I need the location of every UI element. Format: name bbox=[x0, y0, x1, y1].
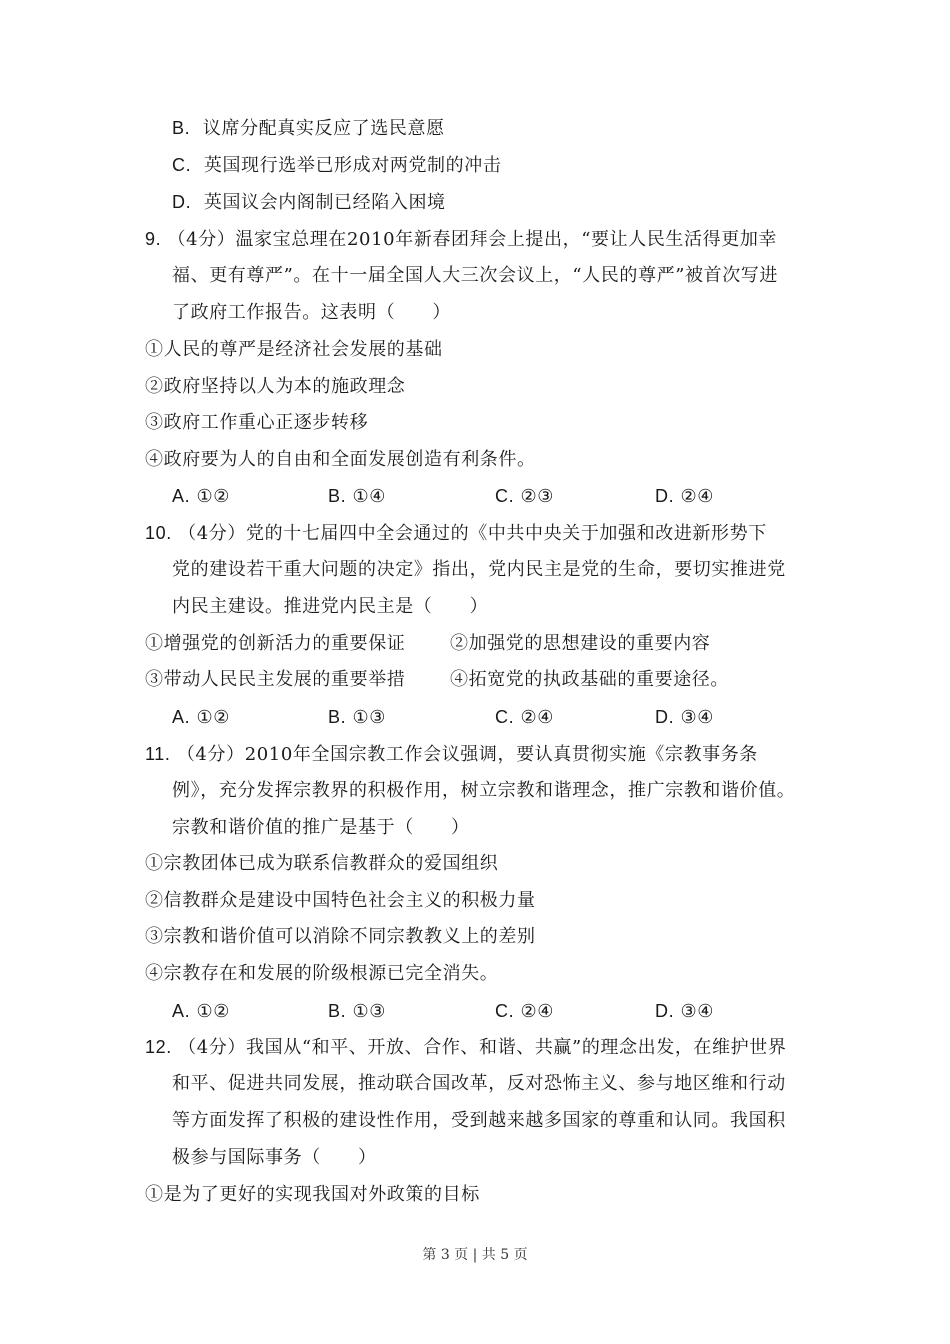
stem-text: 我国从“和平、开放、合作、和谐、共赢”的理念出发，在维护世界 bbox=[246, 1037, 786, 1058]
choice-text: ②④ bbox=[521, 707, 554, 728]
q9-statement-2: ②政府坚持以人为本的施政理念 bbox=[145, 376, 405, 398]
q11-statement-3: ③宗教和谐价值可以消除不同宗教教义上的差别 bbox=[145, 926, 536, 948]
choice-text: ②④ bbox=[681, 486, 714, 507]
q9-statement-4: ④政府要为人的自由和全面发展创造有利条件。 bbox=[145, 449, 536, 471]
page-footer: 第 3 页 | 共 5 页 bbox=[0, 1244, 950, 1264]
q9-choice-a[interactable]: A. ①② bbox=[172, 485, 230, 508]
question-score: （4分） bbox=[168, 229, 236, 250]
question-score: （4分） bbox=[178, 523, 246, 544]
option-text: 英国现行选举已形成对两党制的冲击 bbox=[204, 155, 502, 176]
q12-stem-line-2: 和平、促进共同发展，推动联合国改革，反对恐怖主义、参与地区维和行动 bbox=[172, 1073, 786, 1095]
q9-statement-3: ③政府工作重心正逐步转移 bbox=[145, 412, 368, 434]
q11-statement-1: ①宗教团体已成为联系信教群众的爱国组织 bbox=[145, 853, 498, 875]
q10-statement-3: ③带动人民民主发展的重要举措 bbox=[145, 669, 405, 691]
choice-label: D. bbox=[655, 707, 674, 727]
choice-label: C. bbox=[495, 486, 514, 506]
stem-text: 党的十七届四中全会通过的《中共中央关于加强和改进新形势下 bbox=[246, 523, 767, 544]
choice-text: ①② bbox=[197, 486, 230, 507]
choice-text: ①③ bbox=[353, 707, 386, 728]
q9-choice-c[interactable]: C. ②③ bbox=[495, 485, 554, 508]
choice-label: A. bbox=[172, 486, 190, 506]
choice-text: ②④ bbox=[521, 1001, 554, 1022]
choice-label: A. bbox=[172, 1001, 190, 1021]
q10-statement-1: ①增强党的创新活力的重要保证 bbox=[145, 633, 405, 655]
choice-label: B. bbox=[328, 1001, 346, 1021]
option-text: 英国议会内阁制已经陷入困境 bbox=[204, 192, 446, 213]
q11-choice-c[interactable]: C. ②④ bbox=[495, 1000, 554, 1023]
q12-stem-line-3: 等方面发挥了积极的建设性作用，受到越来越多国家的尊重和认同。我国积 bbox=[172, 1110, 786, 1132]
q12-stem-line-4: 极参与国际事务（ ） bbox=[172, 1147, 377, 1169]
choice-text: ①③ bbox=[353, 1001, 386, 1022]
choice-label: B. bbox=[328, 486, 346, 506]
q9-stem-line-3: 了政府工作报告。这表明（ ） bbox=[172, 302, 451, 324]
question-score: （4分） bbox=[177, 744, 245, 765]
option-label: B. bbox=[172, 118, 190, 138]
q10-statement-2: ②加强党的思想建设的重要内容 bbox=[450, 633, 710, 655]
choice-label: C. bbox=[495, 707, 514, 727]
q10-choice-c[interactable]: C. ②④ bbox=[495, 706, 554, 729]
q12-stem-line-1: 12. （4分）我国从“和平、开放、合作、和谐、共赢”的理念出发，在维护世界 bbox=[145, 1036, 786, 1059]
q10-stem-line-3: 内民主建设。推进党内民主是（ ） bbox=[172, 596, 488, 618]
choice-text: ③④ bbox=[681, 707, 714, 728]
q10-choice-a[interactable]: A. ①② bbox=[172, 706, 230, 729]
q10-stem-line-1: 10. （4分）党的十七届四中全会通过的《中共中央关于加强和改进新形势下 bbox=[145, 522, 767, 545]
choice-label: D. bbox=[655, 486, 674, 506]
q11-stem-line-3: 宗教和谐价值的推广是基于（ ） bbox=[172, 817, 470, 839]
choice-text: ②③ bbox=[521, 486, 554, 507]
q11-choice-a[interactable]: A. ①② bbox=[172, 1000, 230, 1023]
option-text: 议席分配真实反应了选民意愿 bbox=[203, 118, 445, 139]
q8-option-b: B. 议席分配真实反应了选民意愿 bbox=[172, 117, 445, 140]
q11-choice-b[interactable]: B. ①③ bbox=[328, 1000, 386, 1023]
choice-label: B. bbox=[328, 707, 346, 727]
q9-choice-b[interactable]: B. ①④ bbox=[328, 485, 386, 508]
choice-label: C. bbox=[495, 1001, 514, 1021]
q9-stem-line-2: 福、更有尊严”。在十一届全国人大三次会议上，“人民的尊严”被首次写进 bbox=[172, 265, 778, 287]
document-page: B. 议席分配真实反应了选民意愿 C. 英国现行选举已形成对两党制的冲击 D. … bbox=[0, 0, 950, 1344]
choice-text: ①② bbox=[197, 707, 230, 728]
choice-label: D. bbox=[655, 1001, 674, 1021]
q12-statement-1: ①是为了更好的实现我国对外政策的目标 bbox=[145, 1184, 480, 1206]
stem-text: 2010年全国宗教工作会议强调，要认真贯彻实施《宗教事务条 bbox=[245, 744, 758, 765]
stem-text: 温家宝总理在2010年新春团拜会上提出，“要让人民生活得更加幸 bbox=[235, 229, 777, 250]
q11-choice-d[interactable]: D. ③④ bbox=[655, 1000, 714, 1023]
q11-statement-2: ②信教群众是建设中国特色社会主义的积极力量 bbox=[145, 890, 536, 912]
q10-choice-b[interactable]: B. ①③ bbox=[328, 706, 386, 729]
q11-statement-4: ④宗教存在和发展的阶级根源已完全消失。 bbox=[145, 963, 498, 985]
choice-text: ①④ bbox=[353, 486, 386, 507]
question-score: （4分） bbox=[178, 1037, 246, 1058]
option-label: D. bbox=[172, 192, 191, 212]
question-number: 11. bbox=[145, 744, 171, 764]
choice-text: ①② bbox=[197, 1001, 230, 1022]
q8-option-d: D. 英国议会内阁制已经陷入困境 bbox=[172, 191, 446, 214]
q10-stem-line-2: 党的建设若干重大问题的决定》指出，党内民主是党的生命，要切实推进党 bbox=[172, 559, 786, 581]
question-number: 9. bbox=[145, 229, 161, 249]
q9-choice-d[interactable]: D. ②④ bbox=[655, 485, 714, 508]
q9-statement-1: ①人民的尊严是经济社会发展的基础 bbox=[145, 339, 443, 361]
q10-statement-4: ④拓宽党的执政基础的重要途径。 bbox=[450, 669, 729, 691]
q9-stem-line-1: 9. （4分）温家宝总理在2010年新春团拜会上提出，“要让人民生活得更加幸 bbox=[145, 228, 777, 251]
q11-stem-line-2: 例》，充分发挥宗教界的积极作用，树立宗教和谐理念，推广宗教和谐价值。 bbox=[172, 780, 795, 802]
q8-option-c: C. 英国现行选举已形成对两党制的冲击 bbox=[172, 154, 501, 177]
question-number: 12. bbox=[145, 1037, 172, 1057]
question-number: 10. bbox=[145, 523, 172, 543]
q11-stem-line-1: 11. （4分）2010年全国宗教工作会议强调，要认真贯彻实施《宗教事务条 bbox=[145, 743, 758, 766]
choice-text: ③④ bbox=[681, 1001, 714, 1022]
choice-label: A. bbox=[172, 707, 190, 727]
option-label: C. bbox=[172, 155, 191, 175]
q10-choice-d[interactable]: D. ③④ bbox=[655, 706, 714, 729]
